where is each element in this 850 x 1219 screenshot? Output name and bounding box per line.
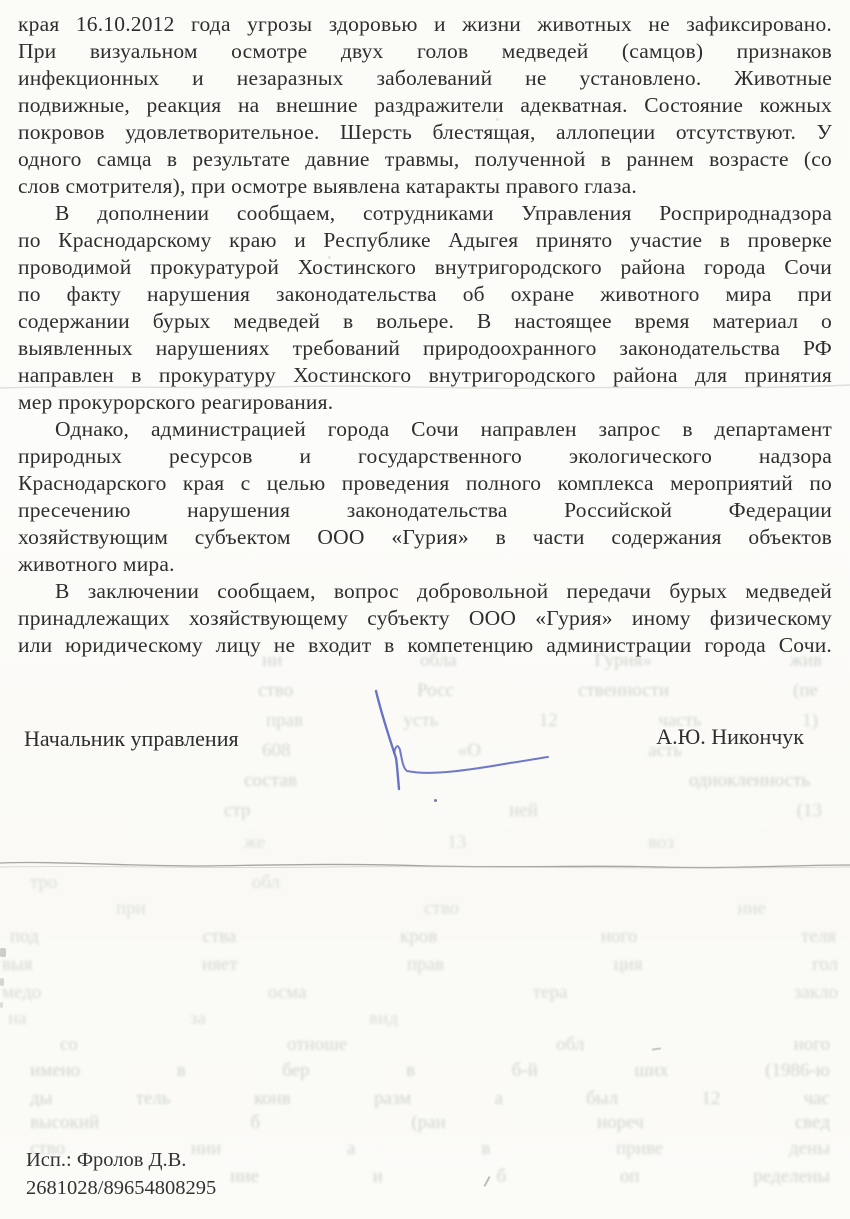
- paragraph: края 16.10.2012 года угрозы здоровью и ж…: [18, 11, 832, 200]
- bleedthrough-text: под ства кров ного теля: [10, 926, 836, 949]
- text-line: проводимой прокуратурой Хостинского внут…: [18, 254, 832, 281]
- text-line: Краснодарского края с целью проведения п…: [18, 470, 832, 497]
- bleedthrough-text: ды тель конв разм а был 12 час: [30, 1088, 830, 1111]
- text-line: покровов удовлетворительное. Шерсть блес…: [18, 119, 832, 146]
- executor-name: Исп.: Фролов Д.В.: [26, 1146, 216, 1174]
- paragraph: В дополнении сообщаем, сотрудниками Упра…: [18, 200, 832, 416]
- paragraph: Однако, администрацией города Сочи напра…: [18, 416, 832, 578]
- bleedthrough-text: же 13 воз: [244, 832, 674, 855]
- text-line: по факту нарушения законодательства об о…: [18, 281, 832, 308]
- text-line: или юридическому лицу не входит в компет…: [18, 632, 832, 659]
- scan-speck: [484, 1176, 491, 1187]
- bleedthrough-text: имено в бер в б-й ших (1986-ю: [30, 1060, 830, 1083]
- text-line: содержании бурых медведей в вольере. В н…: [18, 308, 832, 335]
- text-line: подвижные, реакция на внешние раздражите…: [18, 92, 832, 119]
- text-line: слов смотрителя), при осмотре выявлена к…: [18, 173, 832, 200]
- scan-speck: [652, 1047, 661, 1050]
- bleedthrough-text: высокий б (ран нореч свед: [30, 1112, 830, 1135]
- letter-body: края 16.10.2012 года угрозы здоровью и ж…: [18, 11, 832, 659]
- bleedthrough-text: выя няет прав ция гол: [2, 954, 838, 977]
- bleedthrough-text: на за вид: [8, 1008, 398, 1031]
- bleedthrough-text: тро обл: [30, 872, 280, 895]
- text-line: Однако, администрацией города Сочи напра…: [18, 416, 832, 443]
- scan-speck: [0, 1002, 3, 1008]
- paragraph: В заключении сообщаем, вопрос добровольн…: [18, 578, 832, 659]
- paper-crease-lower: [0, 853, 850, 877]
- text-line: природных ресурсов и государственного эк…: [18, 443, 832, 470]
- executor-phone: 2681028/89654808295: [26, 1174, 216, 1202]
- bleedthrough-text: ние и б оп ределены: [230, 1166, 830, 1189]
- bleedthrough-text: со отноше обл ного: [60, 1034, 830, 1057]
- footer-executor-block: Исп.: Фролов Д.В. 2681028/89654808295: [26, 1146, 216, 1202]
- ink-dot: [434, 799, 437, 802]
- signer-position-label: Начальник управления: [24, 726, 239, 752]
- text-line: принадлежащих хозяйствующему субъекту ОО…: [18, 605, 832, 632]
- text-line: хозяйствующим субъектом ООО «Гурия» в ча…: [18, 524, 832, 551]
- text-line: животного мира.: [18, 551, 832, 578]
- text-line: В дополнении сообщаем, сотрудниками Упра…: [18, 200, 832, 227]
- text-line: инфекционных и незаразных заболеваний не…: [18, 65, 832, 92]
- handwritten-signature-ink: [340, 676, 570, 806]
- text-line: края 16.10.2012 года угрозы здоровью и ж…: [18, 11, 832, 38]
- text-line: направлен в прокуратуру Хостинского внут…: [18, 362, 832, 389]
- text-line: При визуальном осмотре двух голов медвед…: [18, 38, 832, 65]
- scan-speck: [0, 978, 4, 986]
- text-line: по Краснодарскому краю и Республике Адыг…: [18, 227, 832, 254]
- signer-name: А.Ю. Никончук: [656, 724, 804, 750]
- bleedthrough-text: медо осма тера закло: [2, 982, 838, 1005]
- text-line: В заключении сообщаем, вопрос добровольн…: [18, 578, 832, 605]
- text-line: одного самца в результате давние травмы,…: [18, 146, 832, 173]
- text-line: пресечению нарушения законодательства Ро…: [18, 497, 832, 524]
- scanned-letter-page: ни обла Гурия» жив ство Росс ственности …: [0, 0, 850, 1219]
- scan-speck: [0, 948, 6, 957]
- bleedthrough-text: при ство ние: [116, 898, 766, 921]
- text-line: выявленных нарушениях требований природо…: [18, 335, 832, 362]
- text-line: мер прокурорского реагирования.: [18, 389, 832, 416]
